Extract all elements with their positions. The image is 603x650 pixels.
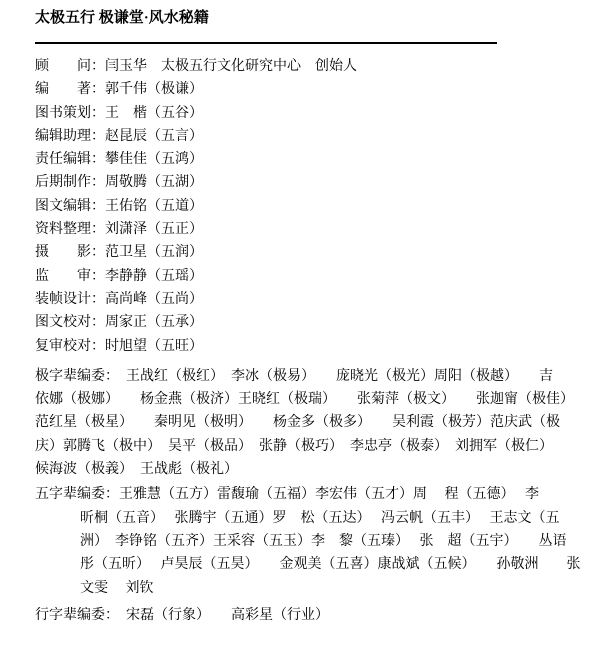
committee-section-wu-generation: 五字辈编委：王雅慧（五方）雷馥瑜（五福）李宏伟（五才）周 程（五德） 李昕桐（五…: [35, 483, 577, 599]
committee-line: 依娜（极娜） 杨金燕（极济）王晓红（极瑞） 张菊萍（极文） 张迦甯（极佳）: [35, 388, 577, 411]
credit-row: 顾 问：闫玉华 太极五行文化研究中心 创始人: [35, 55, 577, 78]
credit-row: 责任编辑：攀佳佳（五鸿）: [35, 148, 577, 171]
credit-row: 资料整理：刘潇泽（五正）: [35, 218, 577, 241]
credit-row: 图书策划：王 楷（五谷）: [35, 102, 577, 125]
document-page: 太极五行 极谦堂·风水秘籍 顾 问：闫玉华 太极五行文化研究中心 创始人编 著：…: [0, 0, 603, 650]
credit-row: 装帧设计：高尚峰（五尚）: [35, 288, 577, 311]
committee-line: 彤（五昕） 卢昊辰（五昊） 金观美（五喜）康战斌（五候） 孙敬洲 张: [35, 553, 577, 576]
credit-row: 摄 影：范卫星（五润）: [35, 241, 577, 264]
credit-value: 闫玉华 太极五行文化研究中心 创始人: [105, 59, 357, 74]
horizontal-rule: [35, 42, 497, 44]
credit-row: 编 著：郭千伟（极谦）: [35, 78, 577, 101]
credit-row: 编辑助理：赵昆辰（五言）: [35, 125, 577, 148]
credit-value: 李静静（五瑶）: [105, 269, 203, 284]
committee-line: 文雯 刘钦: [35, 577, 577, 600]
committee-line: 范红星（极星） 秦明见（极明） 杨金多（极多） 吴利霞（极芳）范庆武（极: [35, 411, 577, 434]
committee-line: 洲） 李铮铭（五齐）王采容（五玉）李 黎（五瑧） 张 超（五宇） 丛语: [35, 530, 577, 553]
committee-line: 五字辈编委：王雅慧（五方）雷馥瑜（五福）李宏伟（五才）周 程（五德） 李: [35, 483, 577, 506]
credit-row: 监 审：李静静（五瑶）: [35, 265, 577, 288]
credit-value: 范卫星（五润）: [105, 245, 203, 260]
credit-value: 攀佳佳（五鸿）: [105, 152, 203, 167]
credit-label: 资料整理：: [35, 222, 105, 237]
credit-row: 复审校对：时旭望（五旺）: [35, 335, 577, 358]
credit-value: 周敬腾（五湖）: [105, 175, 203, 190]
credit-label: 监 审：: [35, 269, 105, 284]
committee-line: 候海波（极義） 王战彪（极礼）: [35, 458, 577, 481]
credit-label: 图书策划：: [35, 106, 105, 121]
page-title: 太极五行 极谦堂·风水秘籍: [35, 8, 577, 28]
credit-value: 刘潇泽（五正）: [105, 222, 203, 237]
credit-label: 责任编辑：: [35, 152, 105, 167]
credit-label: 复审校对：: [35, 339, 105, 354]
credit-label: 图文校对：: [35, 315, 105, 330]
credit-row: 后期制作：周敬腾（五湖）: [35, 171, 577, 194]
credit-value: 王佑铭（五道）: [105, 199, 203, 214]
credit-label: 后期制作：: [35, 175, 105, 190]
credit-row: 图文编辑：王佑铭（五道）: [35, 195, 577, 218]
committee-section-xing-generation: 行字辈编委： 宋磊（行象） 高彩星（行业）: [35, 604, 577, 627]
committee-section-ji-generation: 极字辈编委： 王战红（极红） 李冰（极易） 庞晓光（极光）周阳（极越） 吉依娜（…: [35, 365, 577, 481]
credit-value: 高尚峰（五尚）: [105, 292, 203, 307]
credit-value: 赵昆辰（五言）: [105, 129, 203, 144]
credit-value: 郭千伟（极谦）: [105, 82, 203, 97]
credit-row: 图文校对：周家正（五承）: [35, 311, 577, 334]
committees: 极字辈编委： 王战红（极红） 李冰（极易） 庞晓光（极光）周阳（极越） 吉依娜（…: [35, 365, 577, 627]
credit-label: 编 著：: [35, 82, 105, 97]
credit-value: 时旭望（五旺）: [105, 339, 203, 354]
committee-line: 极字辈编委： 王战红（极红） 李冰（极易） 庞晓光（极光）周阳（极越） 吉: [35, 365, 577, 388]
committee-line: 行字辈编委： 宋磊（行象） 高彩星（行业）: [35, 604, 577, 627]
credit-label: 装帧设计：: [35, 292, 105, 307]
credit-label: 编辑助理：: [35, 129, 105, 144]
credits-list: 顾 问：闫玉华 太极五行文化研究中心 创始人编 著：郭千伟（极谦）图书策划：王 …: [35, 55, 577, 358]
credit-value: 周家正（五承）: [105, 315, 203, 330]
credit-value: 王 楷（五谷）: [105, 106, 203, 121]
credit-label: 图文编辑：: [35, 199, 105, 214]
credit-label: 顾 问：: [35, 59, 105, 74]
committee-line: 庆）郭腾飞（极中） 吴平（极品） 张静（极巧） 李忠亭（极泰） 刘拥军（极仁）: [35, 435, 577, 458]
committee-line: 昕桐（五音） 张腾宇（五通）罗 松（五达） 冯云帆（五丰） 王志文（五: [35, 507, 577, 530]
credit-label: 摄 影：: [35, 245, 105, 260]
